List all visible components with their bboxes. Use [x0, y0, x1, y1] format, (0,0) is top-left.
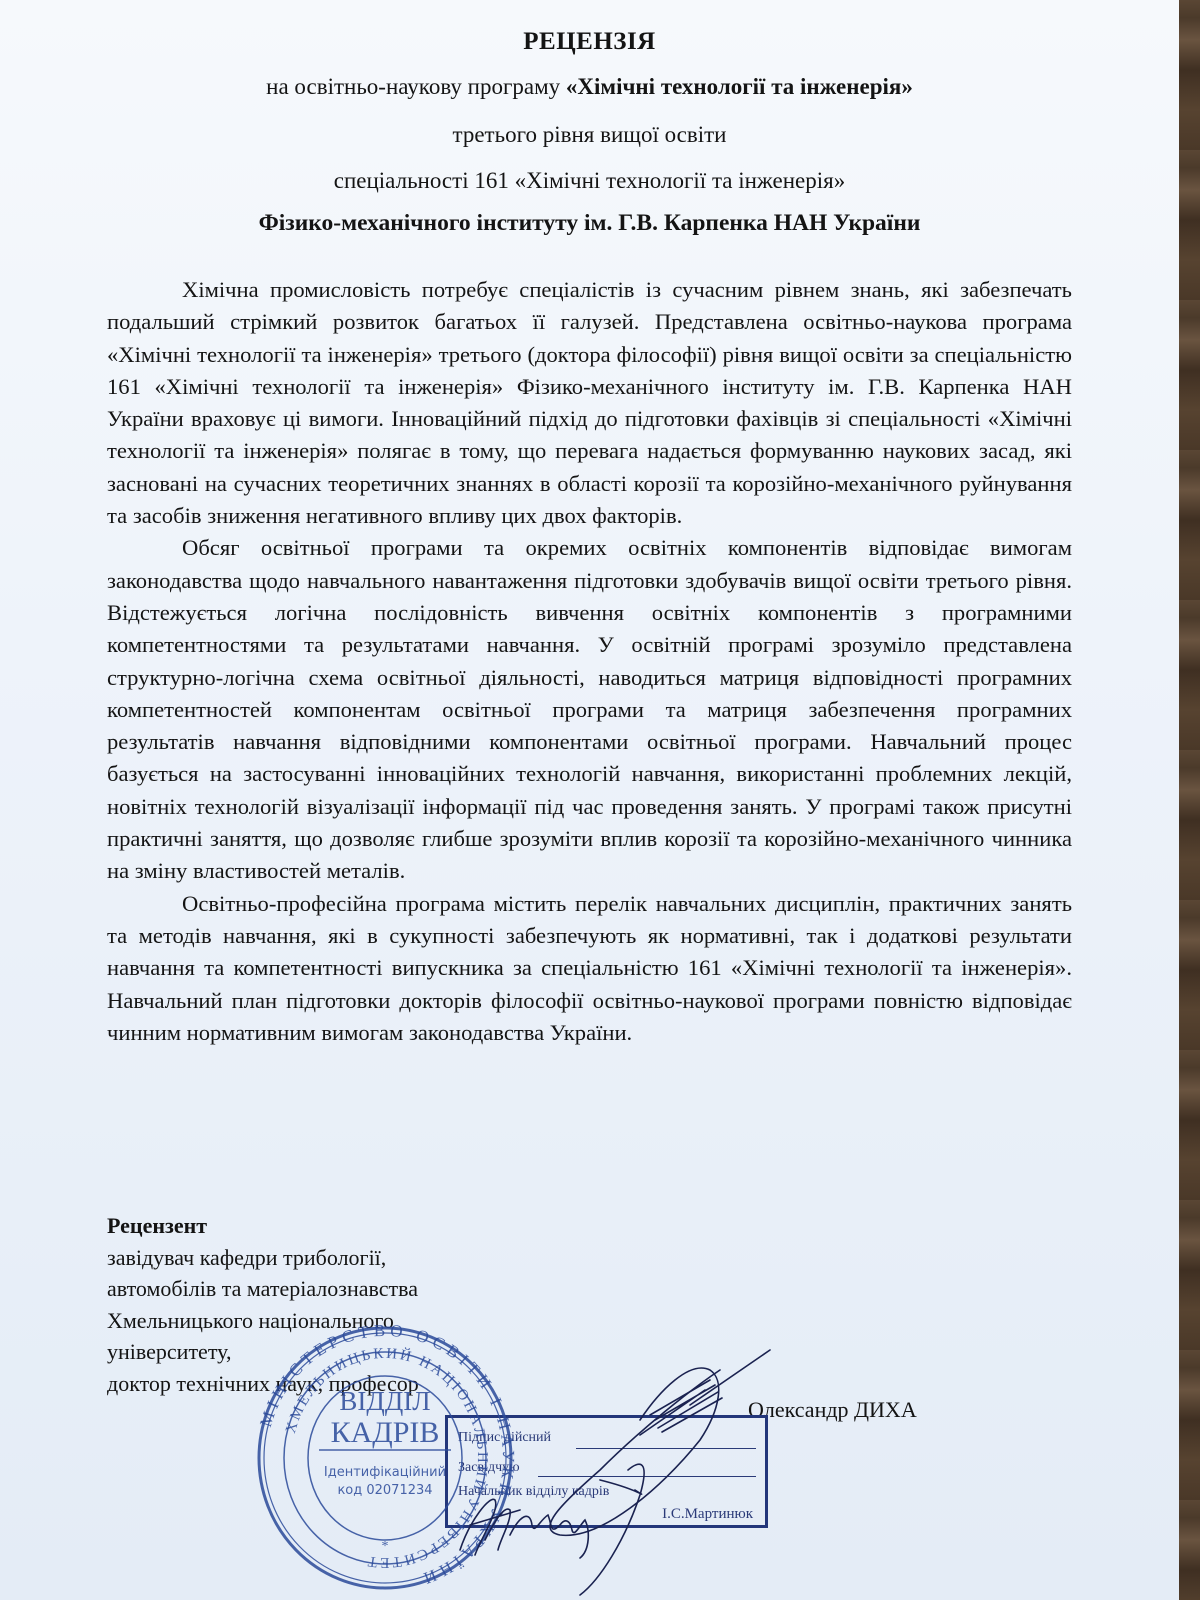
stamp-line-2 — [538, 1476, 756, 1477]
review-paragraph-3: Освітньо-професійна програма містить пер… — [107, 888, 1072, 1049]
document-title: РЕЦЕНЗІЯ — [0, 28, 1179, 56]
review-document-page: РЕЦЕНЗІЯ на освітньо-наукову програму «Х… — [0, 0, 1179, 1600]
stamp-hr-head-name: І.С.Мартинюк — [662, 1506, 753, 1523]
document-subtitle-program: на освітньо-наукову програму «Хімічні те… — [0, 74, 1179, 100]
reviewer-name: Олександр ДИХА — [748, 1397, 917, 1423]
program-name: «Хімічні технології та інженерія» — [566, 74, 913, 99]
svg-text:*: * — [382, 1539, 389, 1554]
seal-center-line-1: ВІДДІЛ — [339, 1386, 430, 1416]
document-subtitle-level: третього рівня вищої освіти — [0, 122, 1179, 148]
subtitle-prefix: на освітньо-наукову програму — [266, 74, 566, 99]
review-body: Хімічна промисловість потребує спеціаліс… — [107, 274, 1072, 1049]
reviewer-position-line-2: автомобілів та матеріалознавства — [107, 1273, 419, 1305]
review-paragraph-1: Хімічна промисловість потребує спеціаліс… — [107, 274, 1072, 532]
reviewer-position-line-1: завідувач кафедри трибології, — [107, 1242, 419, 1274]
reviewer-label: Рецензент — [107, 1210, 419, 1242]
seal-id-label: Ідентифікаційний — [324, 1465, 446, 1480]
seal-inner-ring-text: ХМЕЛЬНИЦЬКИЙ НАЦІОНАЛЬНИЙ УНІВЕРСИТЕТ — [283, 1346, 490, 1570]
seal-id-code: код 02071234 — [337, 1483, 432, 1498]
wooden-table-background — [1178, 0, 1200, 1600]
document-subtitle-specialty: спеціальності 161 «Хімічні технології та… — [0, 168, 1179, 194]
seal-center-line-2: КАДРІВ — [331, 1416, 440, 1449]
review-paragraph-2: Обсяг освітньої програми та окремих осві… — [107, 532, 1072, 887]
document-subtitle-institute: Фізико-механічного інституту ім. Г.В. Ка… — [0, 210, 1179, 237]
svg-text:ХМЕЛЬНИЦЬКИЙ НАЦІОНАЛЬНИЙ УНІВ: ХМЕЛЬНИЦЬКИЙ НАЦІОНАЛЬНИЙ УНІВЕРСИТЕТ — [283, 1346, 490, 1570]
round-seal-stamp: МІНІСТЕРСТВО ОСВІТИ І НАУКИ УКРАЇНИ ХМЕЛ… — [255, 1318, 515, 1593]
stamp-line-1 — [576, 1448, 756, 1449]
